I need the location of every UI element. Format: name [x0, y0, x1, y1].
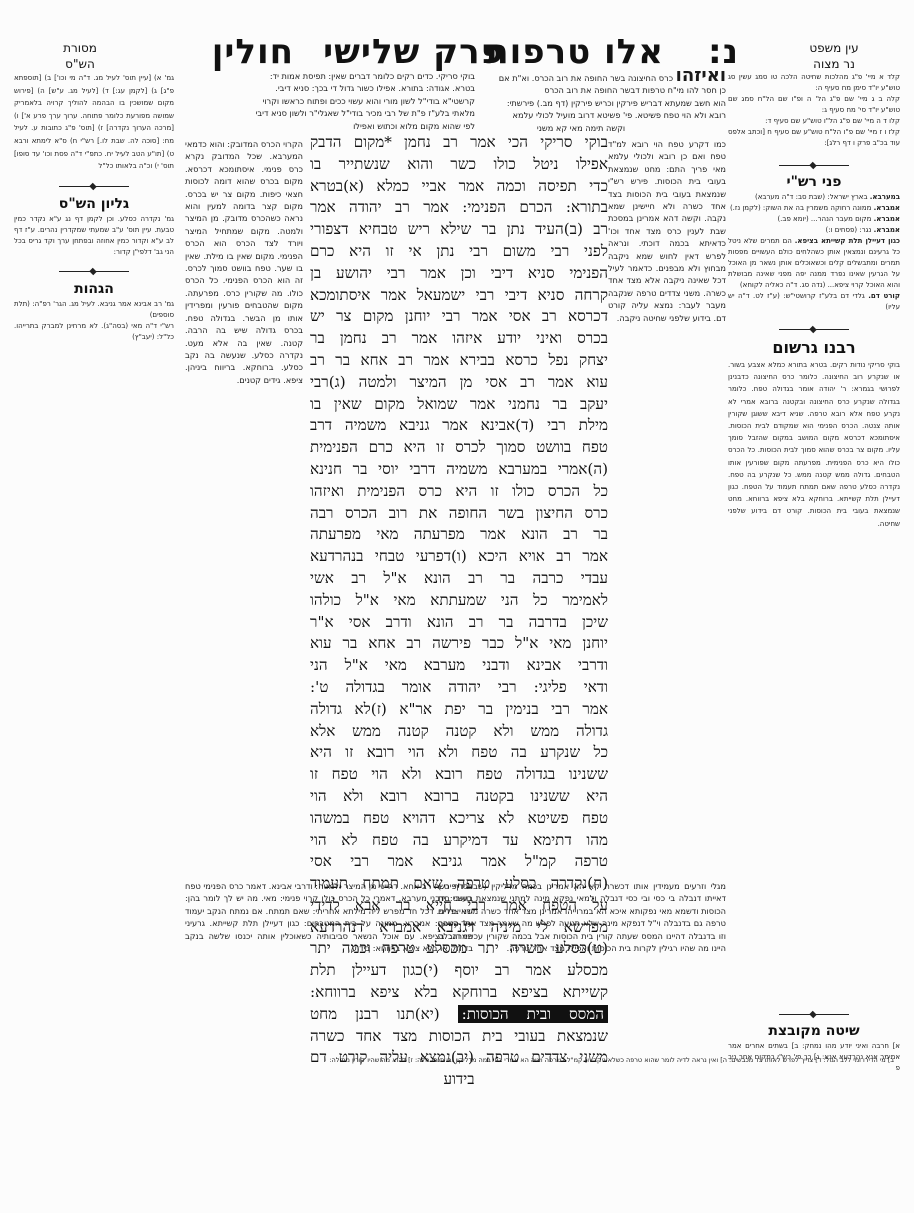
pnei-rashi-entry-head: קורט דם.	[868, 292, 900, 300]
mesoret-label: מסורת הש"ס	[40, 40, 120, 72]
gemara-line: יעקב בר נחמני אמר שמואל מקום שאין בו	[310, 394, 608, 416]
gemara-line: ודרבי אבינא ודבני מערבא מאי א"ל הני	[310, 655, 608, 677]
gemara-line: כל שנקרע בה טפח ולא הוי רובא זו היא	[310, 742, 608, 764]
pnei-rashi-entry: אמברא. ממונה רחוקה משמרין בה את השוק: (ל…	[728, 203, 900, 214]
hagahot-entry: רש"י ד"ה מאי (בסה"ג). לא מרחינן למברק בת…	[14, 321, 174, 343]
gemara-line: לאמימר כל הני שמעתתא מאי א"ל כולהו	[310, 590, 608, 612]
gemara-line: כל הכרס כולו זו היא כרס הפנימית ואיזהו	[310, 481, 608, 503]
ein-mishpat-entry: קלז ו ז מיי' שם פ"ו הל"ח טוש"ע שם סעיף ח…	[728, 127, 900, 149]
gemara-line: (ה)אמרי במערבא משמיה דרבי יוסי בר חנינא	[310, 459, 608, 481]
gemara-line: היא ששנינו בקטנה ברובא רובא ולא הוי	[310, 786, 608, 808]
mesoret-hashas-text: גמ' א) [עיין תוס' לעיל מג. ד"ה מי וכו'] …	[14, 72, 174, 173]
rashi-line: מלאתי בלע"ז פ"ת של רבי מכיר בודי"ל שאגלי…	[185, 107, 475, 119]
pnei-rashi-entry: במערבא. בארץ ישראל: (שבת סב: ד"ה מערבא)	[728, 192, 900, 203]
ein-mishpat-label: עין משפט נר מצוה	[784, 40, 884, 72]
pnei-rashi-entry-head: אמברא.	[874, 226, 900, 234]
gemara-line: הפנימי סניא דיבי וכן אמר רבי יהושע בן	[310, 263, 608, 285]
pnei-rashi-entry-text: ממונה רחוקה משמרין בה את השוק: (לקמן נז.…	[730, 204, 871, 212]
gemara-line: בתורא: הכרם הפנימי: אמר רב יהודה אמר	[310, 197, 608, 219]
gemara-line: שיכן בדרבה בר רב הונא ודרב אסי א"ר	[310, 612, 608, 634]
gemara-line: דכרסא רב אסי אמר רבי יוחנן מקום צר יש	[310, 306, 608, 328]
gemara-line: ששנינו בגדולה טפח רובא ולא הוי טפח זו	[310, 764, 608, 786]
gemara-line: לפני רבי משום רבי נתן אי זו היא כרם	[310, 241, 608, 263]
gemara-line: עבדי כרבה בר רב הונא א"ל רב אשי	[310, 568, 608, 590]
hagahot-entry: גמ' רב אבינא אמר גניבא. לעיל מג. הגר' רפ…	[14, 299, 174, 321]
rabbeinu-gershom-text: בוקי סריקי נודות רקים. בטרא בתורא כמלא א…	[728, 359, 900, 530]
gemara-line: אמר רבי בנימין בר יפת אר"א (ז)לא גדולה	[310, 699, 608, 721]
gemara-line: בכרס ואיני יודע איזהו אמר רב נחמן בר	[310, 328, 608, 350]
gemara-line: מילת רבי (ד)אבינא אמר גניבא משמיה דרב	[310, 415, 608, 437]
mesoret-label-line2: הש"ס	[40, 56, 120, 72]
shita-mekubetzet-title: שיטה מקובצת	[728, 1023, 900, 1039]
gemara-line: מהו דתימא עד דמיקרע בה טפח לא הוי	[310, 830, 608, 852]
tosafot-line: כן חסר להו מי"ח טרפות דבשר החופה את רוב …	[436, 84, 726, 96]
gemara-line: טפח בוושט סמוך לכרס זו היא כרם הפנימית	[310, 437, 608, 459]
ornament-divider-icon	[14, 266, 174, 278]
gemara-line: גדולה ממש ולא קטנה קטנה ממש אלא	[310, 721, 608, 743]
tosafot-line: רובא ולא הוי טפח פשיטא. פי' פשיטא דרוב מ…	[436, 109, 726, 121]
ein-mishpat-label-line2: נר מצוה	[784, 56, 884, 72]
gilyon-hashas-text: גמ' נקדרה כסלע. וכן לקמן דף נג ע"א נקדר …	[14, 214, 174, 258]
pnei-rashi-entry-head: במערבא.	[870, 193, 900, 201]
pnei-rashi-entry-head: אמברא.	[874, 215, 900, 223]
ein-mishpat-label-line1: עין משפט	[784, 40, 884, 56]
ein-mishpat-entry: קלה ב ג מיי' שם פ"ג הל' ה ופ"ו שם הל"ח ס…	[728, 94, 900, 116]
gemara-line: רב (ב)העיד נתן בר שילא ריש טבחיא דצפורי	[310, 219, 608, 241]
rashi-line: בוקי סריקי. כדים רקים כלומר דברים שאין: …	[185, 70, 475, 82]
gemara-line: בידוע	[310, 1069, 608, 1091]
ein-mishpat-entry: קלד א מיי' פ"ג מהלכות שחיטה הלכה טו סמג …	[728, 72, 900, 94]
pnei-rashi-entry-text: בארץ ישראל: (שבת סב: ד"ה מערבא)	[755, 193, 868, 201]
pnei-rashi-entry: כגון דעיילן תלת קשייתא בציפא. הם תמרים ש…	[728, 236, 900, 291]
tosafot-heading-word: ואיזהו	[676, 65, 726, 86]
gemara-line: קרחה סניא דיבי רבי ישמעאל אמר איסתומכא	[310, 285, 608, 307]
tosafot-bottom-text: מגלי וזרעים מעמידין אותו דכשרה קא הא אמר…	[438, 880, 726, 1025]
ornament-divider-icon	[14, 181, 174, 193]
gemara-line: ודאי פליגי: רבי יהודה אומר בגדולה ט':	[310, 677, 608, 699]
perek-label: פרק שלישי	[323, 32, 504, 72]
gemara-line: אמר רב אויא היכא (ו)דפרעי טבחי בנהרדעא	[310, 546, 608, 568]
pnei-rashi-entry-text: מקום מעבר הנהר... (יומא פב.)	[777, 215, 871, 223]
pnei-rashi-title: פני רש"י	[728, 174, 900, 190]
gilyon-hashas-title: גליון הש"ס	[14, 196, 174, 212]
pnei-rashi-entry: קורט דם. גלדי דם בלע"ז קרושטי"ש: (ע"ז לט…	[728, 291, 900, 313]
ein-mishpat-entry: קלו ד ה מיי' שם פ"ג הל"ו טוש"ע שם סעיף ד…	[728, 116, 900, 127]
pnei-rashi-entry-head: אמברא.	[874, 204, 900, 212]
rashi-line: קרשטי"א בודי"ל לשון מורי והוא עשוי ככים …	[185, 95, 475, 107]
pnei-rashi-entry-text: נגר: (פסחים ו:)	[825, 226, 871, 234]
gemara-line: כדי תפיסה וכמה אמר אביי כמלא (א)בטרא	[310, 176, 608, 198]
ornament-divider-icon	[728, 159, 900, 171]
perek-name: אלו טרפות	[485, 32, 664, 72]
rashi-side-text: הקרוי הכרס המדובק: והוא כדמאי המערבא. שכ…	[185, 138, 303, 872]
gemara-line: עוא אמר רב אסי מן המיצר ולמטה (ג)רבי	[310, 372, 608, 394]
ornament-divider-icon	[728, 323, 900, 335]
rashi-top: בוקי סריקי. כדים רקים כלומר דברים שאין: …	[185, 70, 475, 132]
masechet-title: חולין	[212, 32, 294, 72]
mesoret-label-line1: מסורת	[40, 40, 120, 56]
gemara-line: יצחק נפל כרסא בבירא אמר רב אחא בר רב	[310, 350, 608, 372]
rabbeinu-gershom-title: רבנו גרשום	[728, 338, 900, 357]
rashi-line: בטרא. אגודה: בתורא. אפילו כשור גדול די ב…	[185, 82, 475, 94]
pnei-rashi-entry: אמברא. מקום מעבר הנהר... (יומא פב.)	[728, 214, 900, 225]
pnei-rashi-entry-head: כגון דעיילן תלת קשייתא בציפא.	[795, 237, 900, 245]
tosafot-line: הוא חשב שמעתא דבריש פירקין וכריש פירקין …	[436, 97, 726, 109]
footer-notes: ב] מי הדירו ומי ללב הגול: ד] צריך לפרש ל…	[14, 1055, 894, 1065]
gemara-line: יוחנן מאי א"ל כבר פירשה רב אחא בר עוא	[310, 633, 608, 655]
gemara-line: טפח פשיטא לא צריכא דהויא טפח במשהו	[310, 808, 608, 830]
rashi-bottom-text: כבר פירשה רב אחא. דהייני מן המיצר ולמטה:…	[185, 880, 473, 1060]
ornament-divider-icon	[728, 1008, 900, 1020]
rashi-line: לפי שהוא מקום מלוא וכתוש ואפילו	[185, 120, 475, 132]
hagahot-title: הגהות	[14, 281, 174, 297]
tosafot-line-text: כרס החיצונה בשר החופה את רוב הכרס. וא"ת …	[499, 73, 673, 83]
gemara-line: בוקי סריקי הכי אמר רב נחמן *מקום הדבק	[310, 132, 608, 154]
tosafot-top: ואיזהו כרס החיצונה בשר החופה את רוב הכרס…	[436, 70, 726, 134]
mesoret-hashas-column: גמ' א) [עיין תוס' לעיל מג. ד"ה מי וכו'] …	[14, 72, 174, 343]
gemara-line: בר רב הונא אמר מפרעתה מאי מפרעתה	[310, 524, 608, 546]
tosafot-line: ואיזהו כרס החיצונה בשר החופה את רוב הכרס…	[436, 70, 726, 84]
tosafot-side-text: כמו דקרע טפח הוי רובא למ"ד טפח ואם כן רו…	[608, 138, 726, 872]
gemara-line: טרפה קמ"ל אמר גניבא אמר רבי אסי	[310, 851, 608, 873]
gemara-line: כרס החיצון בשר החופה את רוב הכרס רבה	[310, 503, 608, 525]
pnei-rashi-entry: אמברא. נגר: (פסחים ו:)	[728, 225, 900, 236]
ein-mishpat-column: קלד א מיי' פ"ג מהלכות שחיטה הלכה טו סמג …	[728, 72, 900, 530]
gemara-line: אפילו ניטל כולו כשר והוא שנשתייר בו	[310, 154, 608, 176]
